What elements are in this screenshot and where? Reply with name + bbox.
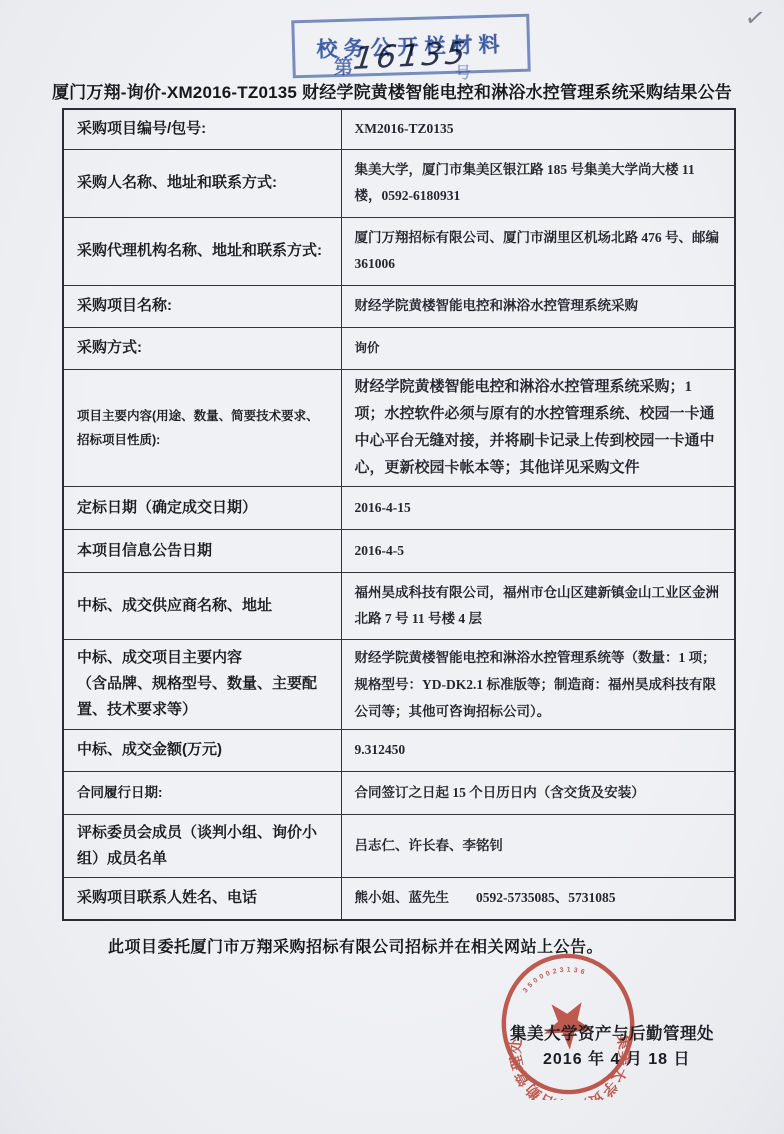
row-label: 采购人名称、地址和联系方式:	[63, 149, 341, 217]
table-row: 采购人名称、地址和联系方式: 集美大学，厦门市集美区银江路 185 号集美大学尚…	[63, 149, 735, 217]
table-row: 中标、成交项目主要内容 （含品牌、规格型号、数量、主要配置、技术要求等） 财经学…	[63, 639, 735, 729]
row-label: 定标日期（确定成交日期）	[63, 486, 341, 529]
row-label: 采购项目联系人姓名、电话	[63, 877, 341, 920]
row-value: 财经学院黄楼智能电控和淋浴水控管理系统采购；1 项；水控软件必须与原有的水控管理…	[341, 369, 735, 486]
row-value: 熊小姐、蓝先生 0592-5735085、5731085	[341, 877, 735, 920]
table-row: 评标委员会成员（谈判小组、询价小组）成员名单 吕志仁、许长春、李铭钊	[63, 814, 735, 877]
row-label-line1: 中标、成交项目主要内容	[77, 645, 331, 671]
table-row: 本项目信息公告日期 2016-4-5	[63, 529, 735, 572]
row-label: 采购项目名称:	[63, 285, 341, 327]
row-value: 2016-4-15	[341, 486, 735, 529]
row-value: 2016-4-5	[341, 529, 735, 572]
table-row: 采购项目联系人姓名、电话 熊小姐、蓝先生 0592-5735085、573108…	[63, 877, 735, 920]
table-row: 中标、成交金额(万元) 9.312450	[63, 729, 735, 771]
table-row: 采购项目名称: 财经学院黄楼智能电控和淋浴水控管理系统采购	[63, 285, 735, 327]
stamp-number-prefix: 第	[334, 52, 353, 79]
table-row: 采购方式: 询价	[63, 327, 735, 369]
row-label: 采购代理机构名称、地址和联系方式:	[63, 217, 341, 285]
procurement-result-table: 采购项目编号/包号: XM2016-TZ0135 采购人名称、地址和联系方式: …	[62, 108, 734, 921]
document-title: 厦门万翔-询价-XM2016-TZ0135 财经学院黄楼智能电控和淋浴水控管理系…	[40, 78, 744, 103]
row-label-line2: （含品牌、规格型号、数量、主要配置、技术要求等）	[77, 671, 331, 723]
signature-department: 集美大学资产与后勤管理处	[510, 1020, 714, 1044]
row-label: 中标、成交金额(万元)	[63, 729, 341, 771]
table-row: 采购代理机构名称、地址和联系方式: 厦门万翔招标有限公司、厦门市湖里区机场北路 …	[63, 217, 735, 285]
table-row: 采购项目编号/包号: XM2016-TZ0135	[63, 109, 735, 149]
row-value: 厦门万翔招标有限公司、厦门市湖里区机场北路 476 号、邮编 361006	[341, 217, 735, 285]
table-row: 定标日期（确定成交日期） 2016-4-15	[63, 486, 735, 529]
table-row: 项目主要内容(用途、数量、简要技术要求、招标项目性质): 财经学院黄楼智能电控和…	[63, 369, 735, 486]
table-row: 合同履行日期: 合同签订之日起 15 个日历日内（含交货及安装）	[63, 771, 735, 814]
handwritten-checkmark: ✓	[743, 2, 768, 34]
signature-date: 2016 年 4 月 18 日	[543, 1046, 691, 1069]
row-label: 合同履行日期:	[63, 771, 341, 814]
handwritten-stamp-number: 16135	[351, 35, 470, 77]
row-label: 评标委员会成员（谈判小组、询价小组）成员名单	[63, 814, 341, 877]
row-value: 财经学院黄楼智能电控和淋浴水控管理系统采购	[341, 285, 735, 327]
row-label: 中标、成交供应商名称、地址	[63, 572, 341, 639]
row-value: 合同签订之日起 15 个日历日内（含交货及安装）	[341, 771, 735, 814]
table-row: 中标、成交供应商名称、地址 福州昊成科技有限公司，福州市仓山区建新镇金山工业区金…	[63, 572, 735, 639]
row-value: XM2016-TZ0135	[341, 109, 735, 149]
row-value: 集美大学，厦门市集美区银江路 185 号集美大学尚大楼 11 楼，0592-61…	[341, 149, 735, 217]
row-label: 项目主要内容(用途、数量、简要技术要求、招标项目性质):	[63, 369, 341, 486]
row-value: 财经学院黄楼智能电控和淋浴水控管理系统等（数量：1 项；规格型号：YD-DK2.…	[341, 639, 735, 729]
row-label: 采购项目编号/包号:	[63, 109, 341, 149]
row-label: 本项目信息公告日期	[63, 529, 341, 572]
scanned-document-page: ✓ 校务公开栏材料 第 16135 号 厦门万翔-询价-XM2016-TZ013…	[0, 0, 784, 1134]
row-value: 吕志仁、许长春、李铭钊	[341, 814, 735, 877]
row-value: 9.312450	[341, 729, 735, 771]
row-value: 福州昊成科技有限公司，福州市仓山区建新镇金山工业区金洲北路 7 号 11 号楼 …	[341, 572, 735, 639]
row-value: 询价	[341, 327, 735, 369]
row-label: 中标、成交项目主要内容 （含品牌、规格型号、数量、主要配置、技术要求等）	[63, 639, 341, 729]
row-label: 采购方式:	[63, 327, 341, 369]
